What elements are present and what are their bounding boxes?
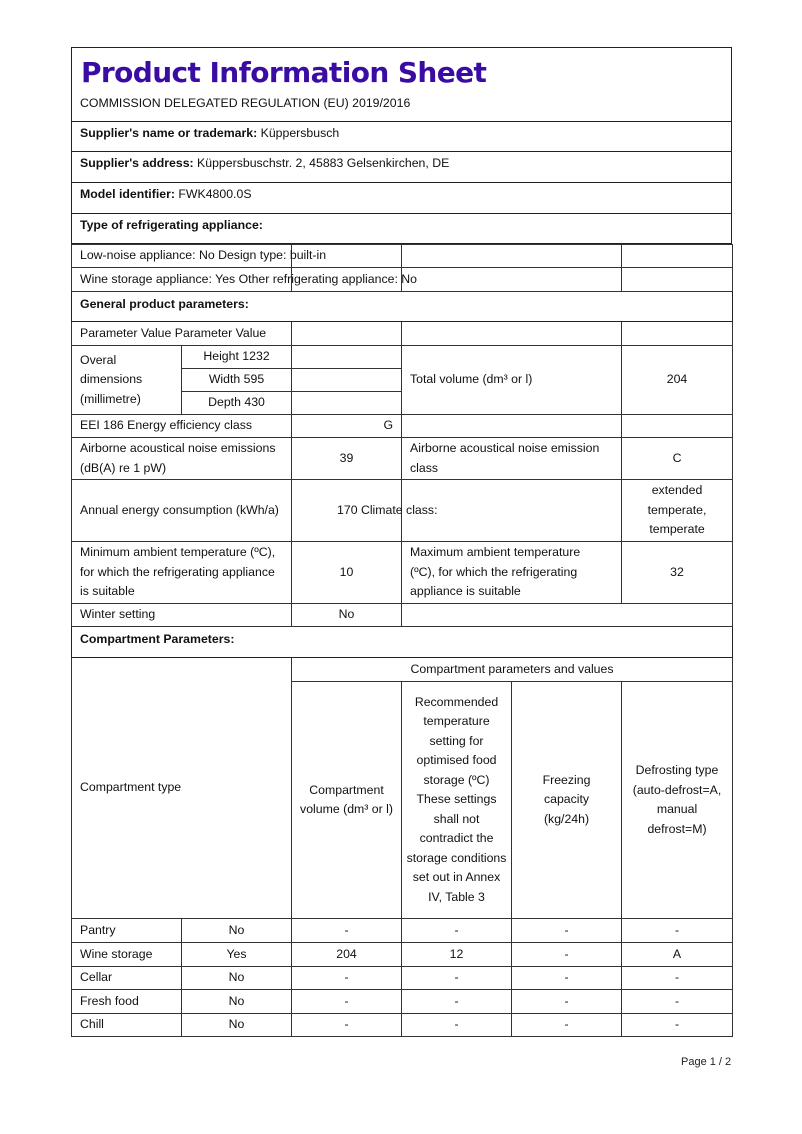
supplier-name-value: Küppersbusch bbox=[257, 126, 339, 140]
empty-cell bbox=[292, 392, 402, 415]
general-heading: General product parameters: bbox=[72, 292, 733, 322]
dimensions-row-height: Overal dimensions (millimetre) Height 12… bbox=[72, 346, 733, 369]
compartment-defrost: - bbox=[622, 919, 733, 943]
compartment-volume: - bbox=[292, 1014, 402, 1037]
supplier-address-value: Küppersbuschstr. 2, 45883 Gelsenkirchen,… bbox=[194, 156, 450, 170]
compartment-name: Wine storage bbox=[72, 943, 182, 967]
energy-row: Annual energy consumption (kWh/a) 170 Cl… bbox=[72, 480, 733, 542]
compartment-defrost: - bbox=[622, 967, 733, 990]
compartment-present: No bbox=[182, 919, 292, 943]
col-freezing-header: Freezing capacity (kg/24h) bbox=[512, 682, 622, 919]
empty-cell bbox=[292, 369, 402, 392]
compartment-freezing: - bbox=[512, 919, 622, 943]
compartment-heading-row: Compartment Parameters: bbox=[72, 627, 733, 658]
compartment-volume: 204 bbox=[292, 943, 402, 967]
model-row: Model identifier: FWK4800.0S bbox=[72, 183, 731, 214]
col-volume-header: Compartment volume (dm³ or l) bbox=[292, 682, 402, 919]
empty-cell bbox=[292, 322, 402, 346]
compartment-volume: - bbox=[292, 967, 402, 990]
noise-class-value: C bbox=[622, 438, 733, 480]
appliance-type-row-2: Wine storage appliance: Yes Other refrig… bbox=[72, 268, 733, 292]
compartment-volume: - bbox=[292, 990, 402, 1014]
total-volume-label: Total volume (dm³ or l) bbox=[402, 346, 622, 415]
compartment-freezing: - bbox=[512, 943, 622, 967]
dimension-height: Height 1232 bbox=[182, 346, 292, 369]
eei-label: EEI 186 Energy efficiency class bbox=[72, 415, 292, 438]
compartment-name: Pantry bbox=[72, 919, 182, 943]
compartment-temp: - bbox=[402, 919, 512, 943]
empty-cell bbox=[622, 245, 733, 268]
compartment-group-header-row: Compartment type Compartment parameters … bbox=[72, 658, 733, 682]
page-title: Product Information Sheet bbox=[72, 52, 495, 89]
eei-value: G bbox=[292, 415, 402, 438]
noise-label: Airborne acoustical noise emissions (dB(… bbox=[72, 438, 292, 480]
compartment-freezing: - bbox=[512, 990, 622, 1014]
supplier-address-row: Supplier's address: Küppersbuschstr. 2, … bbox=[72, 152, 731, 183]
compartment-row: Pantry No - - - - bbox=[72, 919, 733, 943]
compartment-row: Chill No - - - - bbox=[72, 1014, 733, 1037]
compartment-row: Fresh food No - - - - bbox=[72, 990, 733, 1014]
general-header-row: Parameter Value Parameter Value bbox=[72, 322, 733, 346]
empty-cell bbox=[622, 415, 733, 438]
compartment-freezing: - bbox=[512, 1014, 622, 1037]
compartment-group-header: Compartment parameters and values bbox=[292, 658, 733, 682]
empty-cell bbox=[402, 322, 622, 346]
header-block: Product Information Sheet COMMISSION DEL… bbox=[71, 47, 732, 244]
col-defrost-header: Defrosting type (auto-defrost=A, manual … bbox=[622, 682, 733, 919]
col-temp-header: Recommended temperature setting for opti… bbox=[402, 682, 512, 919]
noise-value: 39 bbox=[292, 438, 402, 480]
parameters-table: Low-noise appliance: No Design type: bui… bbox=[71, 244, 733, 1037]
winter-row: Winter setting No bbox=[72, 604, 733, 627]
supplier-address-label: Supplier's address: bbox=[80, 156, 194, 170]
dimension-width: Width 595 bbox=[182, 369, 292, 392]
empty-cell bbox=[622, 268, 733, 292]
product-information-sheet: Product Information Sheet COMMISSION DEL… bbox=[71, 47, 732, 1037]
compartment-defrost: - bbox=[622, 990, 733, 1014]
appliance-type-text-1: Low-noise appliance: No Design type: bui… bbox=[72, 245, 292, 268]
compartment-temp: 12 bbox=[402, 943, 512, 967]
compartment-type-header: Compartment type bbox=[72, 658, 292, 919]
page-number: Page 1 / 2 bbox=[681, 1056, 731, 1068]
ambient-temp-row: Minimum ambient temperature (ºC), for wh… bbox=[72, 542, 733, 604]
winter-label: Winter setting bbox=[72, 604, 292, 627]
compartment-present: No bbox=[182, 1014, 292, 1037]
general-heading-row: General product parameters: bbox=[72, 292, 733, 322]
compartment-temp: - bbox=[402, 967, 512, 990]
compartment-defrost: - bbox=[622, 1014, 733, 1037]
supplier-name-row: Supplier's name or trademark: Küppersbus… bbox=[72, 122, 731, 152]
noise-class-label: Airborne acoustical noise emission class bbox=[402, 438, 622, 480]
compartment-temp: - bbox=[402, 1014, 512, 1037]
compartment-defrost: A bbox=[622, 943, 733, 967]
compartment-row: Wine storage Yes 204 12 - A bbox=[72, 943, 733, 967]
max-temp-label: Maximum ambient temperature (ºC), for wh… bbox=[402, 542, 622, 604]
general-header-text: Parameter Value Parameter Value bbox=[72, 322, 292, 346]
compartment-heading: Compartment Parameters: bbox=[72, 627, 733, 658]
empty-cell bbox=[292, 346, 402, 369]
supplier-name-label: Supplier's name or trademark: bbox=[80, 126, 257, 140]
compartment-present: No bbox=[182, 990, 292, 1014]
empty-cell bbox=[402, 268, 622, 292]
appliance-type-text-2: Wine storage appliance: Yes Other refrig… bbox=[72, 268, 292, 292]
min-temp-value: 10 bbox=[292, 542, 402, 604]
max-temp-value: 32 bbox=[622, 542, 733, 604]
title-row: Product Information Sheet bbox=[72, 48, 731, 92]
compartment-present: Yes bbox=[182, 943, 292, 967]
model-value: FWK4800.0S bbox=[175, 187, 252, 201]
model-label: Model identifier: bbox=[80, 187, 175, 201]
compartment-row: Cellar No - - - - bbox=[72, 967, 733, 990]
appliance-type-heading-row: Type of refrigerating appliance: bbox=[72, 214, 731, 244]
empty-cell bbox=[402, 245, 622, 268]
dimension-depth: Depth 430 bbox=[182, 392, 292, 415]
appliance-type-heading: Type of refrigerating appliance: bbox=[80, 218, 263, 232]
compartment-present: No bbox=[182, 967, 292, 990]
climate-class-value: extended temperate, temperate bbox=[622, 480, 733, 542]
regulation-row: COMMISSION DELEGATED REGULATION (EU) 201… bbox=[72, 92, 731, 122]
appliance-type-row-1: Low-noise appliance: No Design type: bui… bbox=[72, 245, 733, 268]
compartment-name: Fresh food bbox=[72, 990, 182, 1014]
winter-value: No bbox=[292, 604, 402, 627]
min-temp-label: Minimum ambient temperature (ºC), for wh… bbox=[72, 542, 292, 604]
compartment-freezing: - bbox=[512, 967, 622, 990]
empty-cell bbox=[402, 604, 733, 627]
dimensions-label: Overal dimensions (millimetre) bbox=[72, 346, 182, 415]
noise-row: Airborne acoustical noise emissions (dB(… bbox=[72, 438, 733, 480]
compartment-name: Cellar bbox=[72, 967, 182, 990]
regulation-text: COMMISSION DELEGATED REGULATION (EU) 201… bbox=[80, 96, 410, 110]
compartment-name: Chill bbox=[72, 1014, 182, 1037]
energy-value: 170 Climate class: bbox=[292, 480, 402, 542]
empty-cell bbox=[622, 322, 733, 346]
eei-row: EEI 186 Energy efficiency class G bbox=[72, 415, 733, 438]
total-volume-value: 204 bbox=[622, 346, 733, 415]
energy-label: Annual energy consumption (kWh/a) bbox=[72, 480, 292, 542]
compartment-volume: - bbox=[292, 919, 402, 943]
compartment-temp: - bbox=[402, 990, 512, 1014]
empty-cell bbox=[402, 415, 622, 438]
